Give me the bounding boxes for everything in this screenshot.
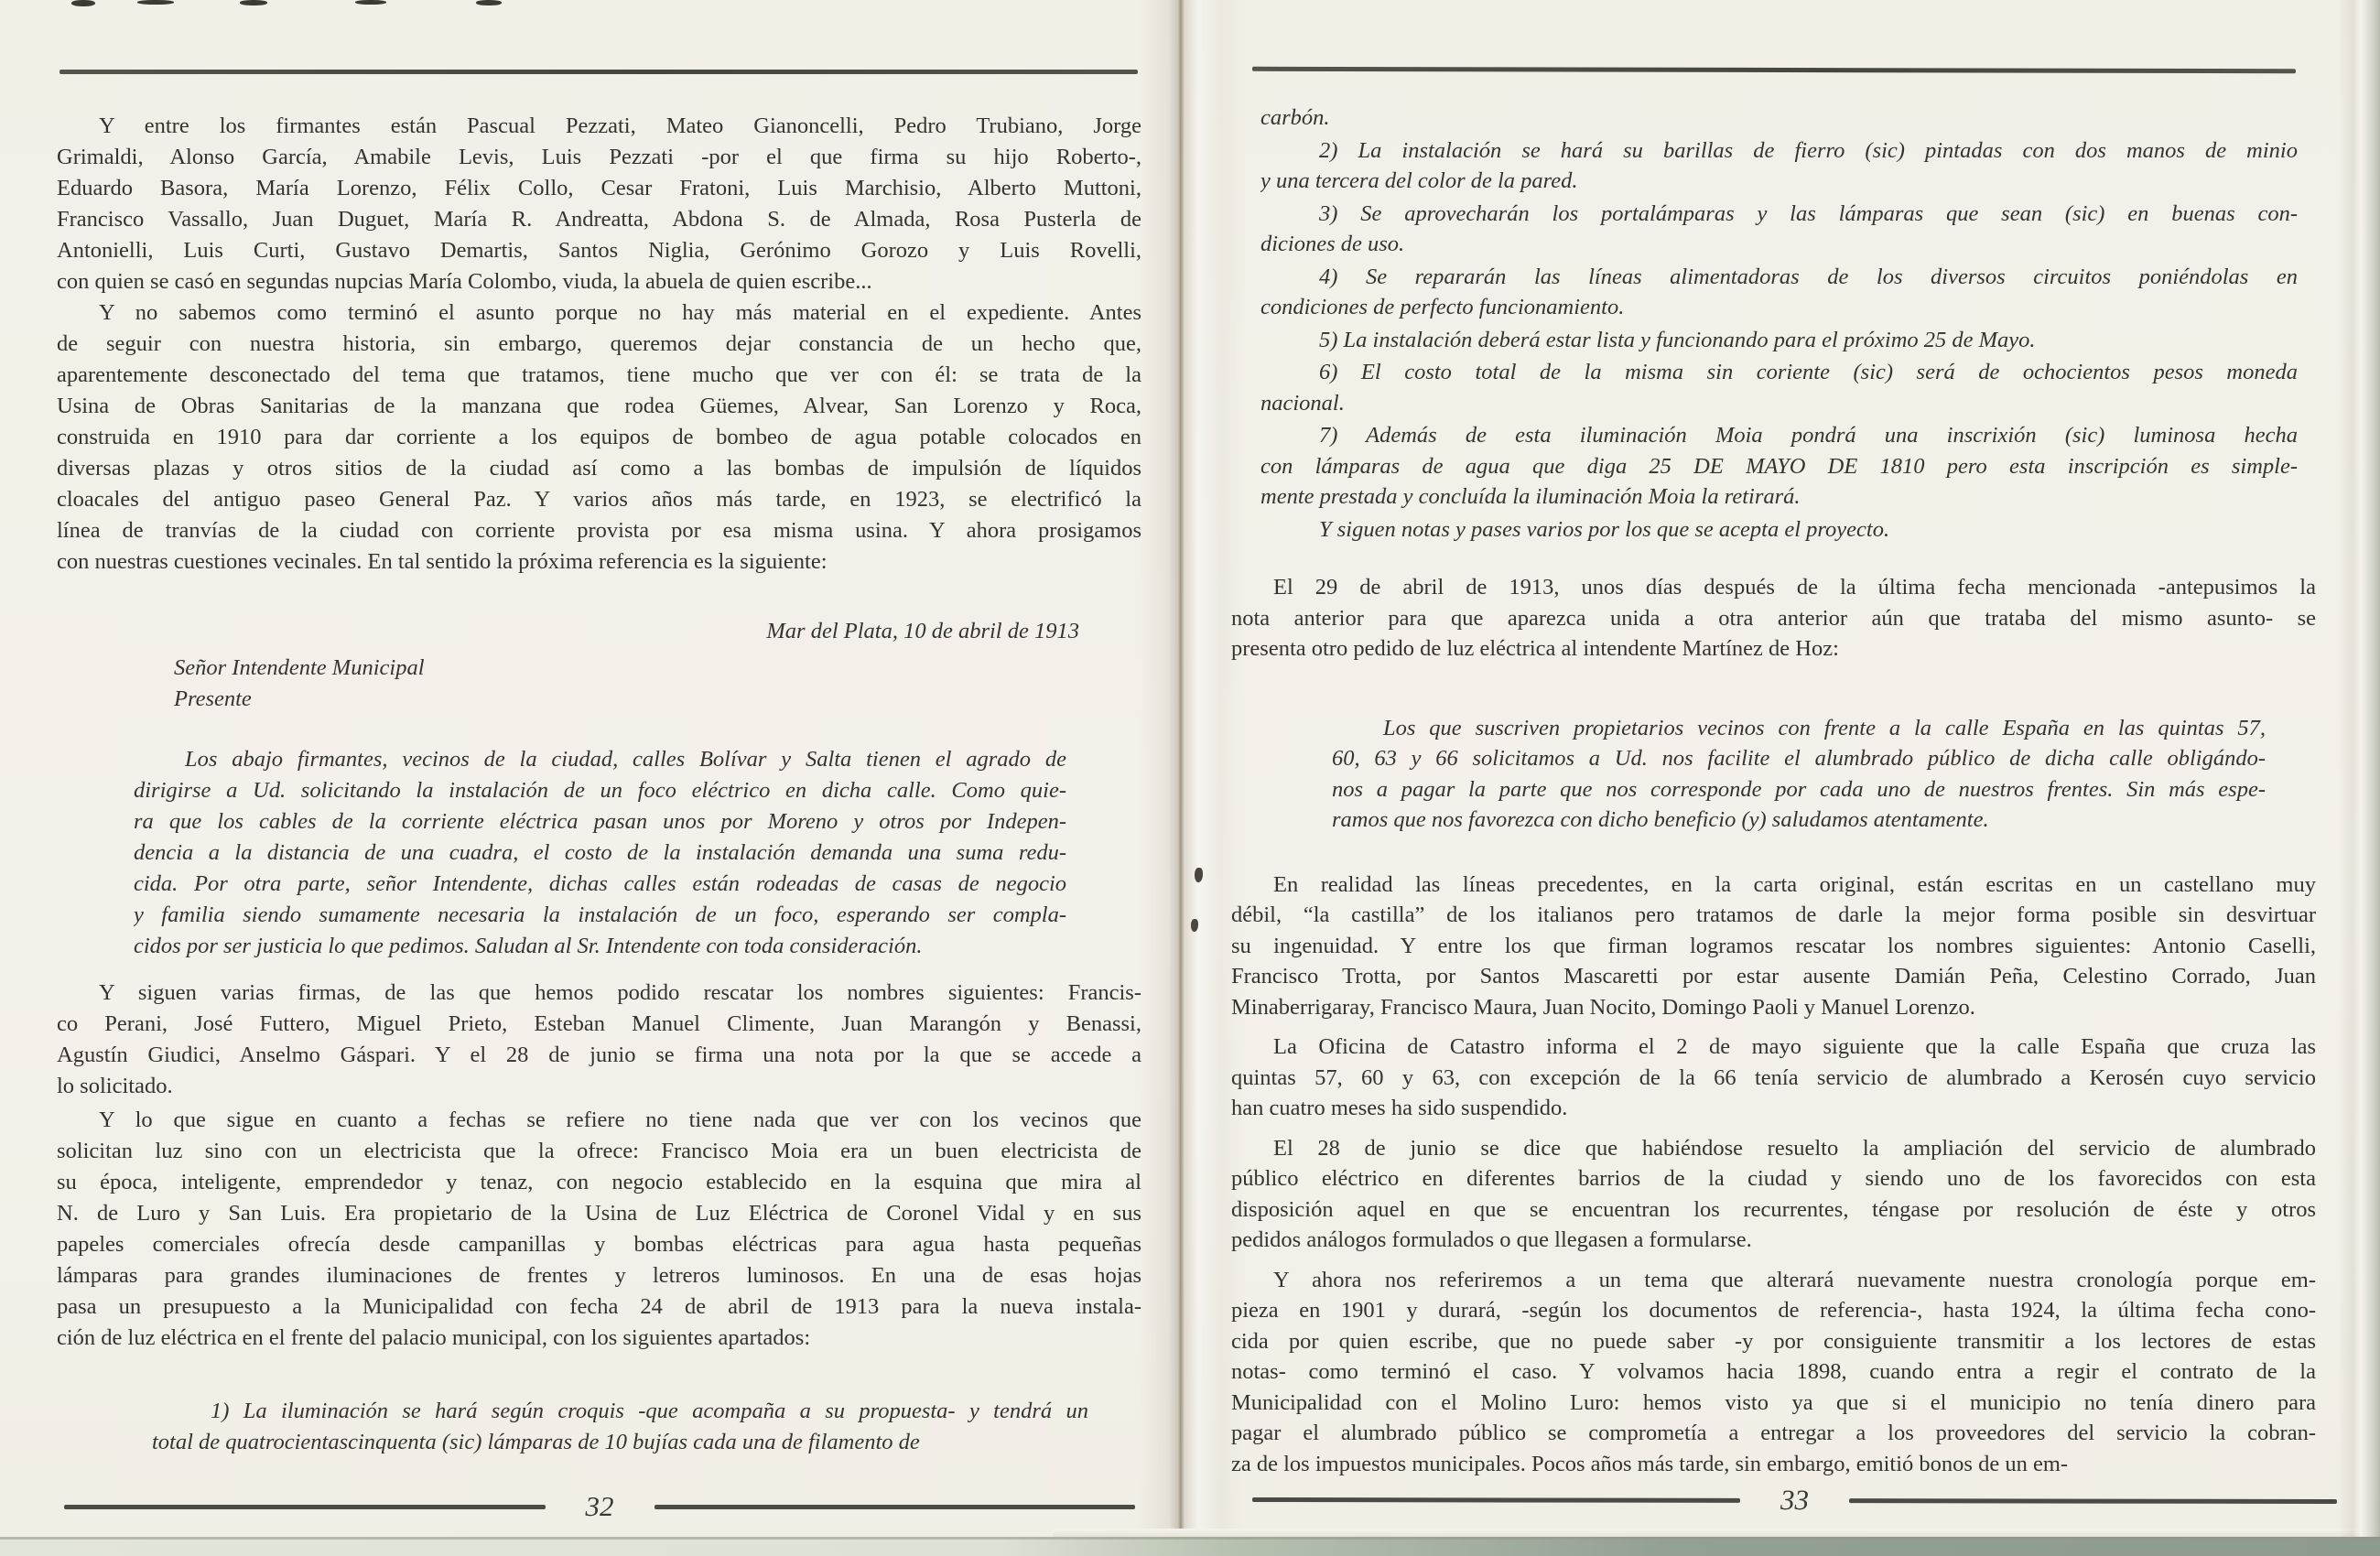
footer-rule [1849,1498,2337,1504]
text-line: Francisco Trotta, por Santos Mascaretti … [1231,961,2316,992]
text-line: Y siguen notas y pases varios por los qu… [1260,514,2298,546]
text-block-paragraph: El 28 de junio se dice que habiéndose re… [1231,1133,2316,1256]
book-scan: Y entre los firmantes están Pascual Pezz… [0,0,2380,1556]
text-line: 5) La instalación deberá estar lista y f… [1260,325,2298,356]
text-line: su época, inteligente, emprendedor y ten… [57,1167,1141,1198]
text-block-item: 5) La instalación deberá estar lista y f… [1260,325,2298,356]
text-line: Minaberrigaray, Francisco Maura, Juan No… [1231,992,2316,1023]
text-line: dirigirse a Ud. solicitando la instalaci… [134,775,1066,806]
text-line: Y entre los firmantes están Pascual Pezz… [57,111,1141,142]
text-line: línea de tranvías de la ciudad con corri… [57,515,1141,546]
text-line: Agustín Giudici, Anselmo Gáspari. Y el 2… [57,1040,1141,1071]
text-line: dencia a la distancia de una cuadra, el … [134,837,1066,869]
text-line: Los que suscriven propietarios vecinos c… [1332,713,2266,744]
text-line: Los abajo firmantes, vecinos de la ciuda… [134,744,1066,775]
text-line: diversas plazas y otros sitios de la ciu… [57,453,1141,484]
book-gutter-shadow [1139,0,1245,1556]
scan-artifact [476,0,502,5]
text-line: 1) La iluminación se hará según croquis … [152,1396,1088,1427]
text-line: construida en 1910 para dar corriente a … [57,422,1141,453]
page-number: 32 [546,1490,654,1523]
scan-artifact [71,0,95,6]
text-block-paragraph: Y siguen varias firmas, de las que hemos… [57,978,1141,1102]
text-line: Eduardo Basora, María Lorenzo, Félix Col… [57,173,1141,204]
scan-bottom-edge [0,1537,2380,1556]
text-line: ción de luz eléctrica en el frente del p… [57,1323,1141,1354]
text-block-address: Señor Intendente MunicipalPresente [174,653,1141,715]
text-block-continuation: carbón. [1260,103,2298,134]
text-line: mente prestada y concluída la iluminació… [1260,481,2298,513]
text-line: y una tercera del color de la pared. [1260,166,2298,197]
text-line: quintas 57, 60 y 63, con excepción de la… [1231,1063,2316,1094]
text-line: con lámparas de agua que diga 25 DE MAYO… [1260,451,2298,482]
text-line: El 28 de junio se dice que habiéndose re… [1231,1133,2316,1164]
text-block-paragraph: El 29 de abril de 1913, unos días despué… [1231,572,2316,665]
text-line: con quien se casó en segundas nupcias Ma… [57,266,1141,297]
text-line: 7) Además de esta iluminación Moia pondr… [1260,420,2298,451]
text-line: y familia siendo sumamente necesaria la … [134,900,1066,931]
text-line: cloacales del antiguo paseo General Paz.… [57,484,1141,515]
text-line: Francisco Vassallo, Juan Duguet, María R… [57,204,1141,235]
text-line: lo solicitado. [57,1071,1141,1102]
text-block-dateline: Mar del Plata, 10 de abril de 1913 [57,616,1141,647]
text-line: lámparas para grandes iluminaciones de f… [57,1260,1141,1291]
page-top-rule [59,70,1138,74]
text-line: 6) El costo total de la misma sin corien… [1260,357,2298,388]
text-block-closing: Y siguen notas y pases varios por los qu… [1260,514,2298,546]
text-block-letter: Los abajo firmantes, vecinos de la ciuda… [134,744,1066,962]
text-line: za de los impuestos municipales. Pocos a… [1231,1449,2316,1480]
text-line: público eléctrico en diferentes barrios … [1231,1163,2316,1194]
text-block-item: 7) Además de esta iluminación Moia pondr… [1260,420,2298,513]
text-line: con nuestras cuestiones vecinales. En ta… [57,546,1141,578]
text-line: aparentemente desconectado del tema que … [57,360,1141,391]
text-block-item: 1) La iluminación se hará según croquis … [152,1396,1088,1458]
footer-rule [1252,1497,1740,1502]
scan-artifact [1191,919,1198,932]
text-line: co Perani, José Futtero, Miguel Prieto, … [57,1009,1141,1040]
text-line: Y siguen varias firmas, de las que hemos… [57,978,1141,1009]
text-line: 3) Se aprovecharán los portalámparas y l… [1260,199,2298,230]
text-line: N. de Luro y San Luis. Era propietario d… [57,1198,1141,1229]
text-line: pedidos análogos formulados o que llegas… [1231,1225,2316,1256]
text-line: 60, 63 y 66 solicitamos a Ud. nos facili… [1332,743,2266,774]
text-line: En realidad las líneas precedentes, en l… [1231,870,2316,901]
scan-artifact [240,0,267,5]
text-line: pasa un presupuesto a la Municipalidad c… [57,1291,1141,1323]
text-line: débil, “la castilla” de los italianos pe… [1231,900,2316,931]
text-block-item: 3) Se aprovecharán los portalámparas y l… [1260,199,2298,260]
text-line: de seguir con nuestra historia, sin emba… [57,329,1141,360]
text-line: total de quatrocientascinquenta (sic) lá… [152,1427,1088,1458]
page-footer: 32 [64,1490,1135,1523]
text-line: Usina de Obras Sanitarias de la manzana … [57,391,1141,422]
text-block-item: 6) El costo total de la misma sin corien… [1260,357,2298,418]
text-line: Municipalidad con el Molino Luro: hemos … [1231,1388,2316,1419]
text-line: carbón. [1260,103,2298,134]
text-line: cida. Por otra parte, señor Intendente, … [134,869,1066,900]
text-line: Señor Intendente Municipal [174,653,1141,684]
page-top-rule [1252,67,2296,73]
text-block-paragraph: Y ahora nos referiremos a un tema que al… [1231,1265,2316,1480]
text-line: Presente [174,684,1141,715]
page-footer: 33 [1252,1483,2337,1518]
text-line: nacional. [1260,388,2298,419]
text-line: Y ahora nos referiremos a un tema que al… [1231,1265,2316,1296]
text-line: cidos por ser justicia lo que pedimos. S… [134,931,1066,962]
text-line: Mar del Plata, 10 de abril de 1913 [57,616,1079,647]
text-line: diciones de uso. [1260,229,2298,260]
text-line: pieza en 1901 y durará, -según los docum… [1231,1295,2316,1326]
text-line: condiciones de perfecto funcionamiento. [1260,292,2298,323]
text-line: Antonielli, Luis Curti, Gustavo Demartis… [57,235,1141,266]
text-block-paragraph: La Oficina de Catastro informa el 2 de m… [1231,1032,2316,1124]
text-line: La Oficina de Catastro informa el 2 de m… [1231,1032,2316,1063]
scan-artifact [1195,868,1203,882]
page-number: 33 [1740,1484,1849,1517]
text-block-item: 4) Se repararán las líneas alimentadoras… [1260,262,2298,323]
text-line: disposición aquel en que se encuentran l… [1231,1194,2316,1226]
text-line: notas- como terminó el caso. Y volvamos … [1231,1356,2316,1388]
text-line: Y lo que sigue en cuanto a fechas se ref… [57,1105,1141,1136]
scan-artifact [137,0,174,5]
text-line: Grimaldi, Alonso García, Amabile Levis, … [57,142,1141,173]
page-text-column: Y entre los firmantes están Pascual Pezz… [57,111,1141,1458]
footer-rule [654,1505,1136,1509]
page-edge-right [2338,0,2380,1556]
text-block-item: 2) La instalación se hará su barillas de… [1260,135,2298,197]
text-line: solicitan luz sino con un electricista q… [57,1136,1141,1167]
text-line: ramos que nos favorezca con dicho benefi… [1332,805,2266,836]
text-line: El 29 de abril de 1913, unos días despué… [1231,572,2316,603]
text-block-paragraph: Y entre los firmantes están Pascual Pezz… [57,111,1141,297]
text-block-paragraph: En realidad las líneas precedentes, en l… [1231,870,2316,1023]
text-line: nos a pagar la parte que nos corresponde… [1332,774,2266,805]
text-line: ra que los cables de la corriente eléctr… [134,806,1066,837]
text-line: han cuatro meses ha sido suspendido. [1231,1093,2316,1124]
scan-artifact [355,0,386,5]
text-line: presenta otro pedido de luz eléctrica al… [1231,633,2316,665]
text-line: papeles comerciales ofrecía desde campan… [57,1229,1141,1260]
text-line: cida por quien escribe, que no puede sab… [1231,1326,2316,1357]
text-block-letter: Los que suscriven propietarios vecinos c… [1332,713,2266,836]
text-line: 2) La instalación se hará su barillas de… [1260,135,2298,167]
text-line: nota anterior para que aparezca unida a … [1231,603,2316,634]
text-block-paragraph: Y lo que sigue en cuanto a fechas se ref… [57,1105,1141,1354]
text-block-paragraph: Y no sabemos como terminó el asunto porq… [57,297,1141,578]
text-line: Y no sabemos como terminó el asunto porq… [57,297,1141,329]
footer-rule [64,1505,546,1509]
text-line: pagar el alumbrado público se comprometí… [1231,1418,2316,1449]
text-line: 4) Se repararán las líneas alimentadoras… [1260,262,2298,293]
text-line: su ingenuidad. Y entre los que firman lo… [1231,931,2316,962]
page-text-column: carbón.2) La instalación se hará su bari… [1231,103,2316,1479]
